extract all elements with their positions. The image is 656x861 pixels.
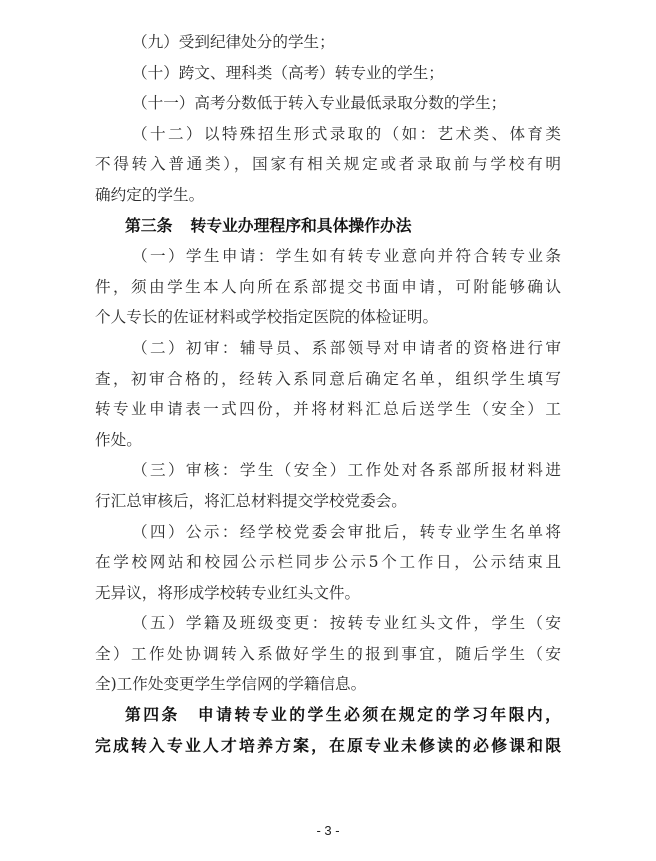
article-4-continuation: 完成转入专业人才培养方案，在原专业未修读的必修课和限 <box>95 731 561 762</box>
document-page: （九）受到纪律处分的学生； （十）跨文、理科类（高考）转专业的学生； （十一）高… <box>95 27 561 761</box>
step-4-line-1: （四）公示：经学校党委会审批后，转专业学生名单将 <box>95 517 561 548</box>
list-item-12-line-2: 不得转入普通类），国家有相关规定或者录取前与学校有明 <box>95 149 561 180</box>
page-number: - 3 - <box>0 823 656 838</box>
step-2-line-3: 转专业申请表一式四份，并将材料汇总后送学生（安全）工 <box>95 394 561 425</box>
article-4-title: 申请转专业的学生必须在规定的学习年限内， <box>198 705 561 724</box>
step-5-line-2: 全）工作处协调转入系做好学生的报到事宜，随后学生（安 <box>95 639 561 670</box>
article-4-heading: 第四条申请转专业的学生必须在规定的学习年限内， <box>95 700 561 731</box>
list-item-10: （十）跨文、理科类（高考）转专业的学生； <box>95 58 561 89</box>
step-4-line-3: 无异议，将形成学校转专业红头文件。 <box>95 578 561 609</box>
article-3-number: 第三条 <box>125 216 172 235</box>
step-5-line-3: 全)工作处变更学生学信网的学籍信息。 <box>95 669 561 700</box>
step-1-line-1: （一）学生申请：学生如有转专业意向并符合转专业条 <box>95 241 561 272</box>
list-item-11: （十一）高考分数低于转入专业最低录取分数的学生； <box>95 88 561 119</box>
list-item-12-line-1: （十二）以特殊招生形式录取的（如：艺术类、体育类 <box>95 119 561 150</box>
step-5-line-1: （五）学籍及班级变更：按转专业红头文件，学生（安 <box>95 608 561 639</box>
list-item-12-line-3: 确约定的学生。 <box>95 180 561 211</box>
step-4-line-2: 在学校网站和校园公示栏同步公示5个工作日，公示结束且 <box>95 547 561 578</box>
step-3-line-1: （三）审核：学生（安全）工作处对各系部所报材料进 <box>95 455 561 486</box>
step-1-line-3: 个人专长的佐证材料或学校指定医院的体检证明。 <box>95 302 561 333</box>
article-4-number: 第四条 <box>125 705 180 724</box>
list-item-9: （九）受到纪律处分的学生； <box>95 27 561 58</box>
step-2-line-2: 查，初审合格的，经转入系同意后确定名单，组织学生填写 <box>95 364 561 395</box>
step-2-line-4: 作处。 <box>95 425 561 456</box>
article-3-title: 转专业办理程序和具体操作办法 <box>190 216 411 235</box>
step-3-line-2: 行汇总审核后，将汇总材料提交学校党委会。 <box>95 486 561 517</box>
step-1-line-2: 件，须由学生本人向所在系部提交书面申请，可附能够确认 <box>95 272 561 303</box>
step-2-line-1: （二）初审：辅导员、系部领导对申请者的资格进行审 <box>95 333 561 364</box>
article-3-heading: 第三条转专业办理程序和具体操作办法 <box>95 211 561 242</box>
